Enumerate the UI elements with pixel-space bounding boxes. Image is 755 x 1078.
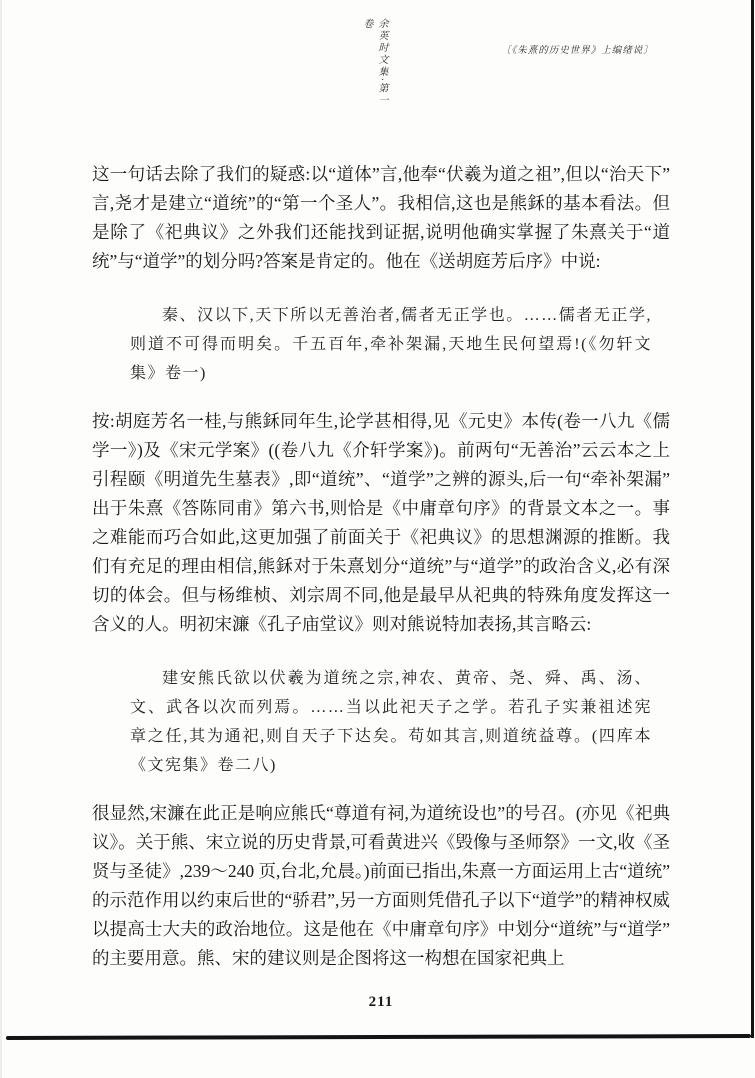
- scanned-book-page: { "page": { "header_vertical": "余英时文集·第一…: [0, 0, 755, 1078]
- page-text-block: 这一句话去除了我们的疑惑:以“道体”言,他奉“伏羲为道之祖”,但以“治天下”言,…: [92, 160, 670, 1017]
- scan-edge-bottom: [6, 1034, 751, 1040]
- running-header-vertical: 余英时文集·第一卷: [359, 18, 389, 108]
- body-paragraph-2: 按:胡庭芳名一桂,与熊鉌同年生,论学甚相得,见《元史》本传(卷一八九《儒学一》)…: [92, 407, 670, 639]
- page-number: 211: [92, 988, 670, 1017]
- quote-block-2: 建安熊氏欲以伏羲为道统之宗,神农、黄帝、尧、舜、禹、汤、文、武各以次而列焉。………: [130, 664, 652, 780]
- scan-edge-left: [0, 0, 2, 1078]
- scan-edge-right: [751, 0, 754, 1038]
- body-paragraph-3: 很显然,宋濂在此正是响应熊氏“尊道有祠,为道统设也”的号召。(亦见《祀典议》。关…: [92, 799, 670, 973]
- running-header-chapter: 〔《朱熹的历史世界》上编绪说〕: [501, 42, 654, 56]
- quote-block-1: 秦、汉以下,天下所以无善治者,儒者无正学也。……儒者无正学,则道不可得而明矣。千…: [130, 301, 652, 388]
- body-paragraph-1: 这一句话去除了我们的疑惑:以“道体”言,他奉“伏羲为道之祖”,但以“治天下”言,…: [92, 160, 670, 276]
